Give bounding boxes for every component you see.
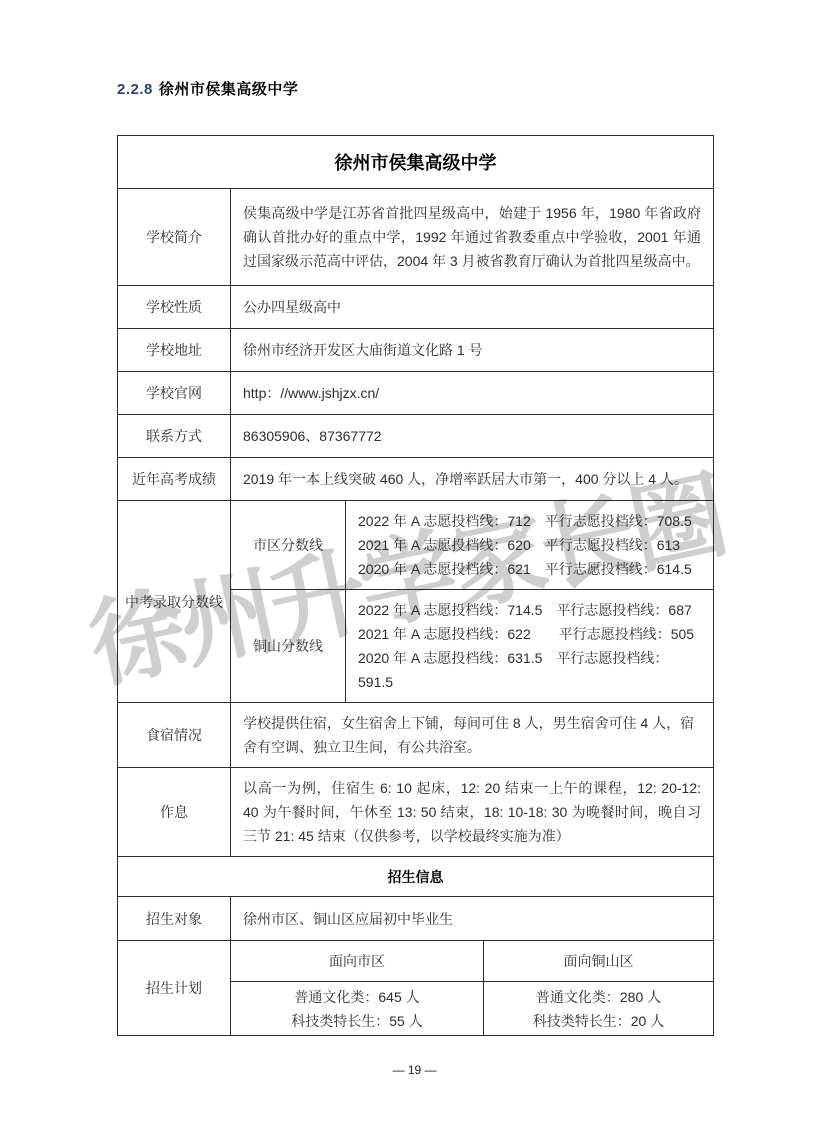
sublabel-tongshan-scores: 铜山分数线	[231, 590, 346, 703]
urban-score-line: 2021 年 A 志愿投档线：620 平行志愿投档线：613	[358, 533, 701, 557]
row-label-zhongkao-scores: 中考录取分数线	[118, 501, 231, 703]
row-value-school-website: http：//www.jshjzx.cn/	[231, 372, 714, 415]
section-heading-number: 2.2.8	[117, 81, 153, 98]
page-number: — 19 —	[0, 1063, 829, 1077]
row-value-gaokao-results: 2019 年一本上线突破 460 人，净增率跃居大市第一，400 分以上 4 人…	[231, 458, 714, 501]
school-info-table: 徐州市侯集高级中学 学校简介 侯集高级中学是江苏省首批四星级高中，始建于 195…	[117, 135, 714, 1036]
tongshan-score-line: 2022 年 A 志愿投档线：714.5 平行志愿投档线：687	[358, 598, 701, 622]
table-title: 徐州市侯集高级中学	[118, 136, 714, 189]
row-label-gaokao-results: 近年高考成绩	[118, 458, 231, 501]
row-label-school-type: 学校性质	[118, 286, 231, 329]
tongshan-scores-lines: 2022 年 A 志愿投档线：714.5 平行志愿投档线：687 2021 年 …	[346, 590, 714, 703]
tongshan-score-line: 2020 年 A 志愿投档线：631.5 平行志愿投档线：591.5	[358, 646, 701, 694]
plan-tongshan-line-group: 普通文化类：280 人 科技类特长生：20 人	[484, 982, 714, 1036]
plan-header-urban: 面向市区	[231, 941, 484, 982]
row-label-school-address: 学校地址	[118, 329, 231, 372]
row-value-boarding: 学校提供住宿，女生宿舍上下铺，每间可住 8 人，男生宿舍可住 4 人，宿舍有空调…	[231, 703, 714, 768]
plan-urban-line: 普通文化类：645 人	[231, 985, 483, 1009]
row-value-school-type: 公办四星级高中	[231, 286, 714, 329]
row-value-school-intro: 侯集高级中学是江苏省首批四星级高中，始建于 1956 年，1980 年省政府确认…	[231, 189, 714, 286]
row-label-admission-target: 招生对象	[118, 897, 231, 941]
section-heading: 2.2.8徐州市侯集高级中学	[117, 78, 298, 99]
row-label-contact: 联系方式	[118, 415, 231, 458]
row-label-admission-plan: 招生计划	[118, 941, 231, 1036]
admission-section-title: 招生信息	[118, 857, 714, 897]
plan-body-urban: 普通文化类：645 人 科技类特长生：55 人	[231, 982, 484, 1036]
row-label-school-website: 学校官网	[118, 372, 231, 415]
section-heading-title: 徐州市侯集高级中学	[159, 81, 299, 98]
tongshan-score-line: 2021 年 A 志愿投档线：622 平行志愿投档线：505	[358, 622, 701, 646]
plan-tongshan-line: 科技类特长生：20 人	[484, 1009, 713, 1033]
row-value-schedule: 以高一为例，住宿生 6: 10 起床，12: 20 结束一上午的课程，12: 2…	[231, 768, 714, 857]
urban-score-line: 2022 年 A 志愿投档线：712 平行志愿投档线：708.5	[358, 509, 701, 533]
plan-urban-line: 科技类特长生：55 人	[231, 1009, 483, 1033]
plan-tongshan-line: 普通文化类：280 人	[484, 985, 713, 1009]
plan-header-tongshan: 面向铜山区	[484, 941, 714, 982]
row-label-school-intro: 学校简介	[118, 189, 231, 286]
row-label-schedule: 作息	[118, 768, 231, 857]
row-value-contact: 86305906、87367772	[231, 415, 714, 458]
sublabel-urban-scores: 市区分数线	[231, 501, 346, 590]
row-value-admission-target: 徐州市区、铜山区应届初中毕业生	[231, 897, 714, 941]
row-value-school-address: 徐州市经济开发区大庙街道文化路 1 号	[231, 329, 714, 372]
urban-scores-lines: 2022 年 A 志愿投档线：712 平行志愿投档线：708.5 2021 年 …	[346, 501, 714, 590]
document-page: 2.2.8徐州市侯集高级中学 徐州升学家长圈 徐州市侯集高级中学 学校简介 侯集…	[0, 0, 829, 1140]
urban-score-line: 2020 年 A 志愿投档线：621 平行志愿投档线：614.5	[358, 557, 701, 581]
row-label-boarding: 食宿情况	[118, 703, 231, 768]
